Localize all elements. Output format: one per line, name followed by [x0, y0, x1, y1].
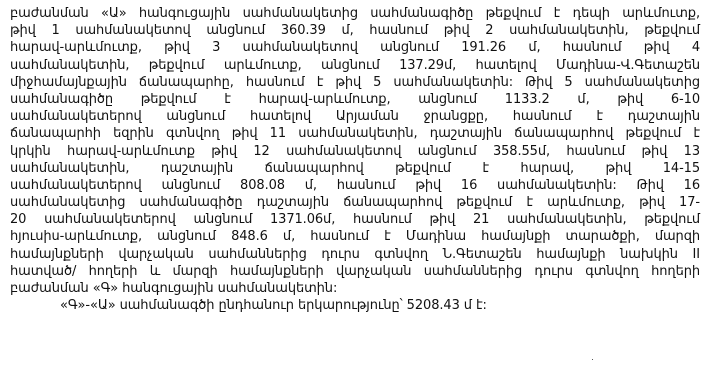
text-line: սահմանակետին, դաշտային ճանապարհով թեքվու… [10, 160, 700, 177]
scan-artifact [592, 359, 593, 360]
text-line: սահմանակետերով անցնում հատելով Արյաման ջ… [10, 108, 700, 125]
text-line: սահմանակետից սահմանագիծը դաշտային ճանապա… [10, 194, 700, 211]
text-line: բաժանման «Ա» հանգուցային սահմանակետից սա… [10, 5, 700, 22]
document-page: բաժանման «Ա» հանգուցային սահմանակետից սա… [10, 5, 700, 314]
text-line: կրկին հարավ-արևմուտք թիվ 12 սահմանակետով… [10, 143, 700, 160]
text-line: հարավ-արևմուտք, թիվ 3 սահմանակետով անցնո… [10, 39, 700, 56]
text-line: համայնքների վարչական սահմաններից դուրս գ… [10, 246, 700, 263]
text-line: թիվ 1 սահմանակետով անցնում 360.39 մ, հաս… [10, 22, 700, 39]
text-line: ճանապարհի եզրին գտնվող թիվ 11 սահմանակետ… [10, 125, 700, 142]
boundary-description-paragraph: բաժանման «Ա» հանգուցային սահմանակետից սա… [10, 5, 700, 297]
total-length-summary: «Գ»-«Ա» սահմանագծի ընդհանուր երկարությու… [10, 297, 700, 314]
text-line: սահմանակետերով անցնում 808.08 մ, հասնում… [10, 177, 700, 194]
text-line: սահմանագիծը թեքվում է հարավ-արևմուտք, ան… [10, 91, 700, 108]
text-line: բաժանման «Գ» հանգուցային սահմանակետին: [10, 280, 700, 297]
text-line: հատված/ հողերի և մարզի համայնքների վարչա… [10, 263, 700, 280]
text-line: միջհամայնքային ճանապարհը, հասնում է թիվ … [10, 74, 700, 91]
text-line: հյուսիս-արևմուտք, անցնում 848.6 մ, հասնո… [10, 228, 700, 245]
text-line: 20 սահմանակետերով անցնում 1371.06մ, հասն… [10, 211, 700, 228]
text-line: սահմանակետին, թեքվում արևմուտք, անցնում … [10, 57, 700, 74]
